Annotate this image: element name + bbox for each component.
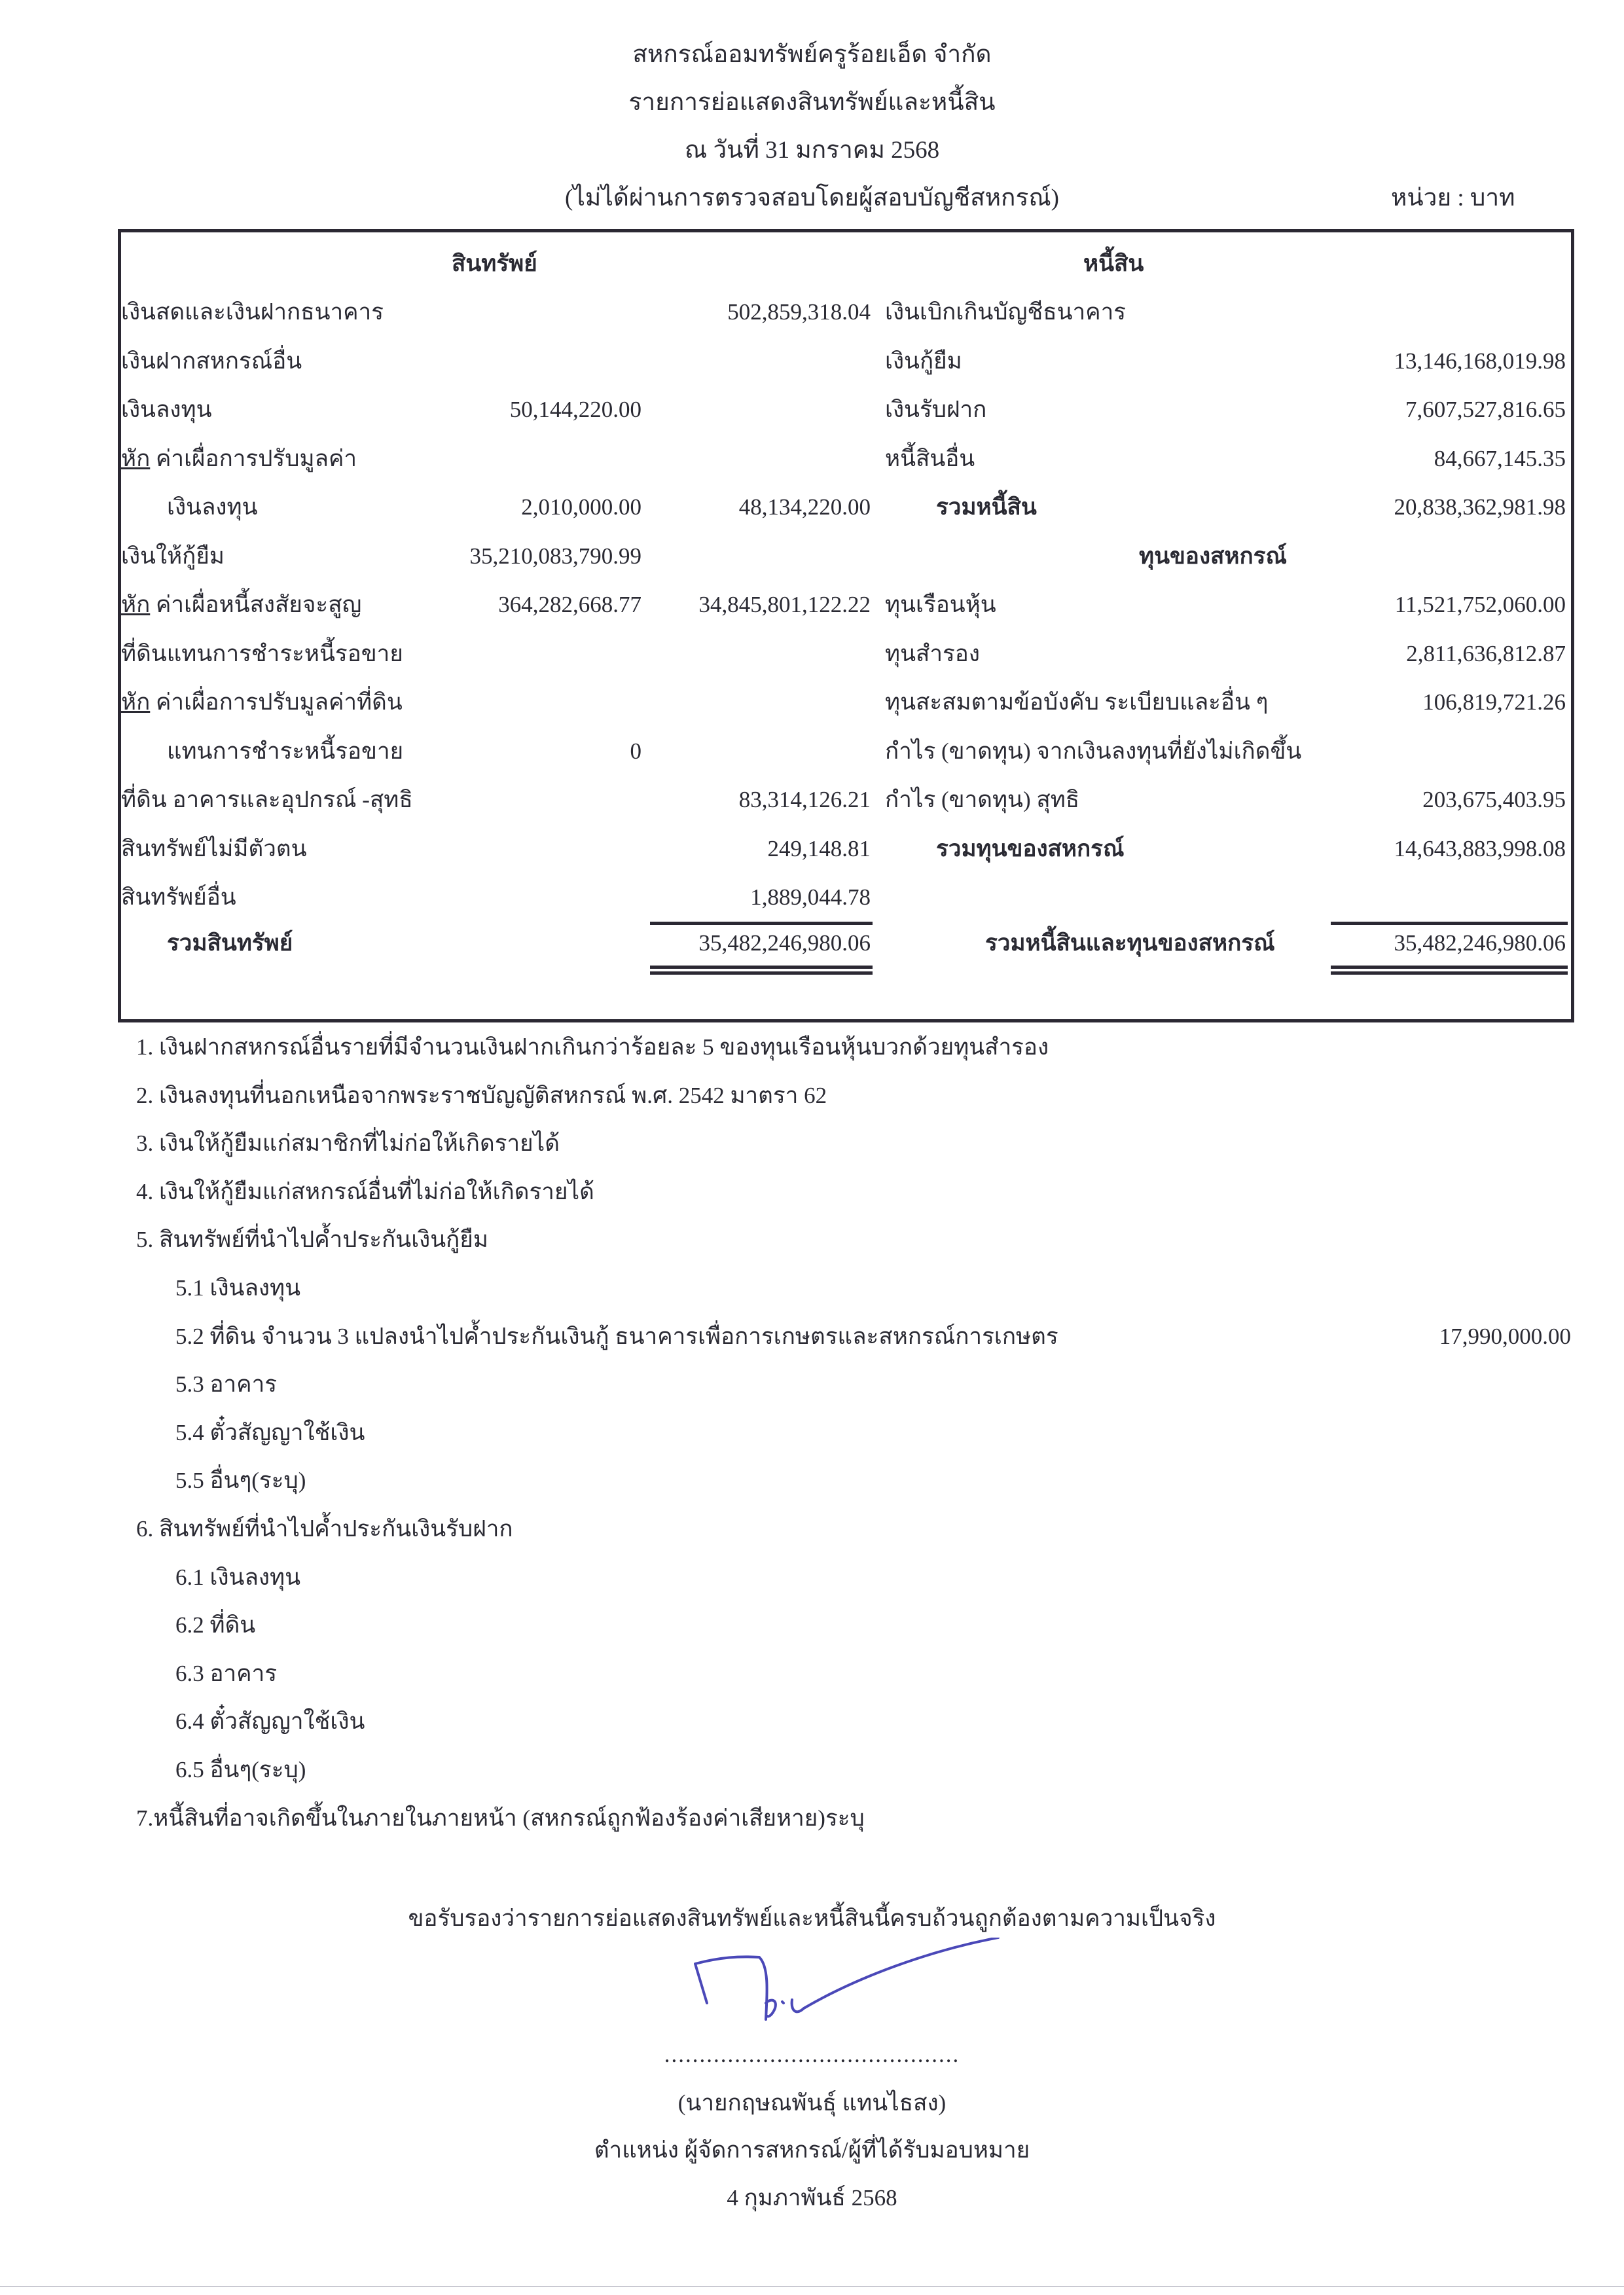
less-prefix: หัก	[121, 446, 150, 471]
asset-label: สินทรัพย์อื่น	[121, 882, 236, 913]
organization-name: สหกรณ์ออมทรัพย์ครูร้อยเอ็ด จำกัด	[0, 39, 1624, 71]
equity-heading-label: ทุนของสหกรณ์	[1139, 541, 1287, 571]
note-item: 5.3 อาคาร	[175, 1369, 277, 1400]
asset-label-text: ที่ดินแทนการชำระหนี้รอขาย	[121, 641, 403, 666]
grand-total-value: 35,482,246,980.06	[1283, 928, 1566, 958]
liabilities-total-label: รวมหนี้สิน	[936, 492, 1037, 522]
assets-total-rule-double-2	[650, 971, 873, 975]
note-item: 6.1 เงินลงทุน	[175, 1563, 300, 1593]
asset-net-value: 48,134,220.00	[589, 492, 871, 522]
asset-label: เงินลงทุน	[121, 395, 212, 425]
less-prefix: หัก	[121, 592, 150, 617]
assets-total-rule-top	[650, 922, 873, 925]
asset-label-text: เงินลงทุน	[167, 494, 258, 520]
grand-total-rule-double-1	[1331, 966, 1568, 969]
asset-label: สินทรัพย์ไม่มีตัวตน	[121, 834, 307, 864]
asset-label-text: เงินลงทุน	[121, 397, 212, 422]
assets-heading: สินทรัพย์	[452, 249, 537, 279]
asset-label-text: เงินฝากสหกรณ์อื่น	[121, 348, 302, 374]
asset-label: ที่ดินแทนการชำระหนี้รอขาย	[121, 639, 403, 669]
note-item: 5.5 อื่นๆ(ระบุ)	[175, 1466, 306, 1496]
asset-label: หัก ค่าเผื่อหนี้สงสัยจะสูญ	[121, 590, 361, 620]
grand-total-rule-top	[1331, 922, 1568, 925]
asset-label-text: สินทรัพย์ไม่มีตัวตน	[121, 836, 307, 861]
asset-net-value: 83,314,126.21	[589, 785, 871, 815]
liability-row-label: เงินกู้ยืม	[885, 346, 962, 376]
scan-edge	[0, 2286, 1624, 2287]
note-item: 7.หนี้สินที่อาจเกิดขึ้นในภายในภายหน้า (ส…	[136, 1803, 865, 1834]
note-item: 4. เงินให้กู้ยืมแก่สหกรณ์อื่นที่ไม่ก่อให…	[136, 1177, 594, 1207]
liability-row-label: เงินรับฝาก	[885, 395, 986, 425]
unit-label: หน่วย : บาท	[1391, 183, 1515, 214]
note-item: 3. เงินให้กู้ยืมแก่สมาชิกที่ไม่ก่อให้เกิ…	[136, 1129, 560, 1159]
report-title: รายการย่อแสดงสินทรัพย์และหนี้สิน	[0, 87, 1624, 118]
signer-position: ตำแหน่ง ผู้จัดการสหกรณ์/ผู้ที่ได้รับมอบห…	[0, 2135, 1624, 2165]
equity-row-value: 203,675,403.95	[1283, 785, 1566, 815]
signature-mark	[694, 1938, 1001, 2029]
note-item: 6. สินทรัพย์ที่นำไปค้ำประกันเงินรับฝาก	[136, 1514, 513, 1544]
asset-net-value: 1,889,044.78	[589, 882, 871, 913]
note-item: 1. เงินฝากสหกรณ์อื่นรายที่มีจำนวนเงินฝาก…	[136, 1032, 1049, 1062]
note-item: 5. สินทรัพย์ที่นำไปค้ำประกันเงินกู้ยืม	[136, 1225, 488, 1255]
assets-total-value: 35,482,246,980.06	[589, 928, 871, 958]
asset-label-text: ค่าเผื่อการปรับมูลค่าที่ดิน	[150, 689, 403, 715]
asset-label-text: ค่าเผื่อการปรับมูลค่า	[150, 446, 357, 471]
asset-label: เงินให้กู้ยืม	[121, 541, 225, 571]
note-item: 6.3 อาคาร	[175, 1659, 277, 1689]
asset-net-value: 249,148.81	[589, 834, 871, 864]
equity-row-label: ทุนสะสมตามข้อบังคับ ระเบียบและอื่น ๆ	[885, 687, 1268, 717]
equity-row-label: กำไร (ขาดทุน) สุทธิ	[885, 785, 1079, 815]
asset-label: เงินลงทุน	[167, 492, 258, 522]
report-date: ณ วันที่ 31 มกราคม 2568	[0, 135, 1624, 166]
note-item: 6.5 อื่นๆ(ระบุ)	[175, 1755, 306, 1785]
assets-total-label: รวมสินทรัพย์	[167, 928, 293, 958]
asset-label-text: ค่าเผื่อหนี้สงสัยจะสูญ	[150, 592, 361, 617]
equity-row-label: ทุนสำรอง	[885, 639, 980, 669]
asset-gross-value: 35,210,083,790.99	[367, 541, 641, 571]
asset-label-text: สินทรัพย์อื่น	[121, 884, 236, 910]
less-prefix: หัก	[121, 689, 150, 715]
note-item: 5.1 เงินลงทุน	[175, 1273, 300, 1303]
certification-statement: ขอรับรองว่ารายการย่อแสดงสินทรัพย์และหนี้…	[0, 1904, 1624, 1934]
note-item: 6.4 ตั๋วสัญญาใช้เงิน	[175, 1707, 365, 1737]
signer-name: (นายกฤษณพันธุ์ แทนไธสง)	[0, 2088, 1624, 2118]
equity-row-value: 11,521,752,060.00	[1283, 590, 1566, 620]
grand-total-rule-double-2	[1331, 971, 1568, 975]
liability-row-value: 13,146,168,019.98	[1283, 346, 1566, 376]
asset-label-text: เงินสดและเงินฝากธนาคาร	[121, 299, 384, 325]
grand-total-label: รวมหนี้สินและทุนของสหกรณ์	[985, 928, 1275, 958]
asset-label: เงินฝากสหกรณ์อื่น	[121, 346, 302, 376]
signature-line: ........................................…	[0, 2040, 1624, 2070]
note-item: 6.2 ที่ดิน	[175, 1610, 255, 1640]
note-item: 2. เงินลงทุนที่นอกเหนือจากพระราชบัญญัติส…	[136, 1081, 827, 1111]
signature-date: 4 กุมภาพันธ์ 2568	[0, 2183, 1624, 2213]
liability-row-value: 7,607,527,816.65	[1283, 395, 1566, 425]
equity-total-label: รวมทุนของสหกรณ์	[936, 834, 1124, 864]
asset-label: หัก ค่าเผื่อการปรับมูลค่า	[121, 444, 357, 474]
note-item: 5.2 ที่ดิน จำนวน 3 แปลงนำไปค้ำประกันเงิน…	[175, 1322, 1058, 1352]
liability-row-value: 84,667,145.35	[1283, 444, 1566, 474]
assets-total-rule-double-1	[650, 966, 873, 969]
equity-row-label: กำไร (ขาดทุน) จากเงินลงทุนที่ยังไม่เกิดข…	[885, 736, 1301, 767]
equity-row-label: ทุนเรือนหุ้น	[885, 590, 996, 620]
liabilities-heading: หนี้สิน	[1083, 249, 1144, 279]
audit-note: (ไม่ได้ผ่านการตรวจสอบโดยผู้สอบบัญชีสหกรณ…	[0, 183, 1624, 214]
asset-net-value: 502,859,318.04	[589, 297, 871, 327]
liabilities-total-value: 20,838,362,981.98	[1283, 492, 1566, 522]
asset-label: เงินสดและเงินฝากธนาคาร	[121, 297, 384, 327]
asset-label-text: เงินให้กู้ยืม	[121, 543, 225, 569]
asset-gross-value: 0	[367, 736, 641, 767]
asset-label: ที่ดิน อาคารและอุปกรณ์ -สุทธิ	[121, 785, 413, 815]
equity-row-value: 2,811,636,812.87	[1283, 639, 1566, 669]
liability-row-label: หนี้สินอื่น	[885, 444, 975, 474]
equity-total-value: 14,643,883,998.08	[1283, 834, 1566, 864]
asset-label: หัก ค่าเผื่อการปรับมูลค่าที่ดิน	[121, 687, 403, 717]
note-item: 5.4 ตั๋วสัญญาใช้เงิน	[175, 1418, 365, 1448]
note-value: 17,990,000.00	[1283, 1322, 1571, 1352]
asset-gross-value: 50,144,220.00	[367, 395, 641, 425]
equity-row-value: 106,819,721.26	[1283, 687, 1566, 717]
asset-net-value: 34,845,801,122.22	[589, 590, 871, 620]
asset-label-text: ที่ดิน อาคารและอุปกรณ์ -สุทธิ	[121, 787, 413, 812]
liability-row-label: เงินเบิกเกินบัญชีธนาคาร	[885, 297, 1126, 327]
